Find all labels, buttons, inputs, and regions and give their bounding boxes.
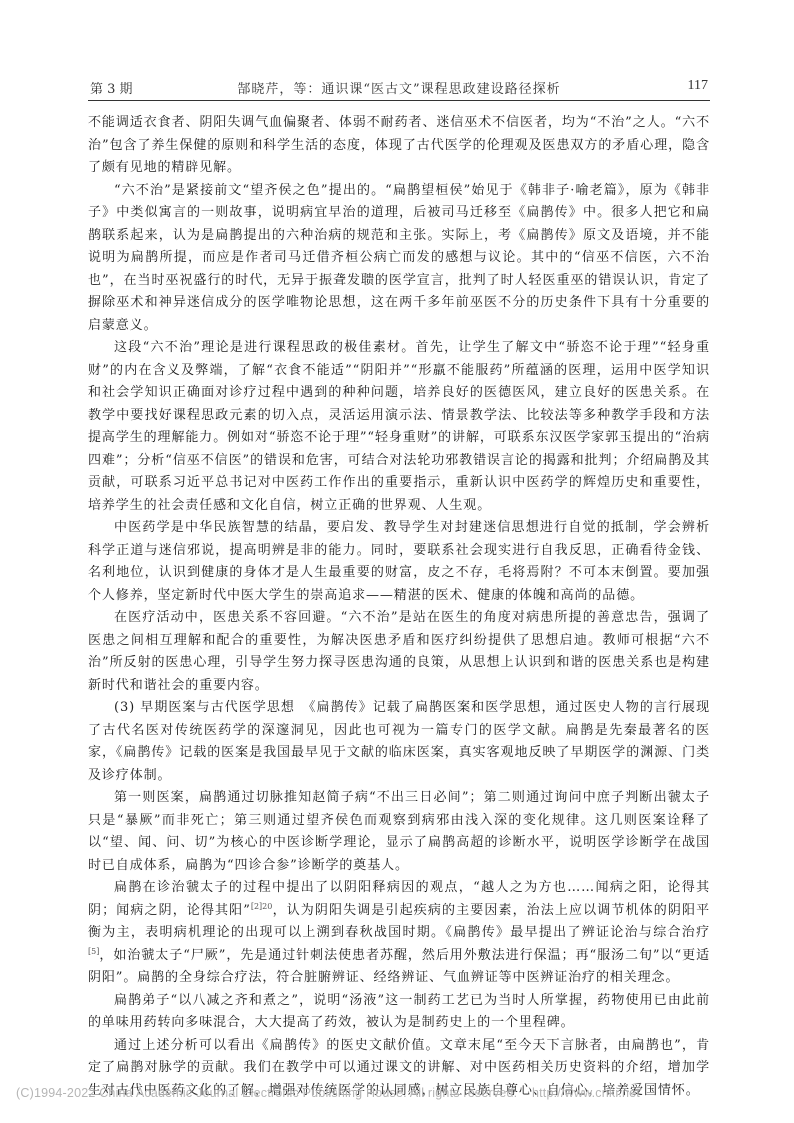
page-header: 第 3 期 郜晓芹，等：通识课“医古文”课程思政建设路径探析 117 (88, 76, 710, 101)
paragraph: 不能调适衣食者、阴阳失调气血偏聚者、体弱不耐药者、迷信巫术不信医者，均为“不治”… (88, 112, 710, 180)
paragraph-with-citations: 扁鹊在诊治虢太子的过程中提出了以阴阳释病因的观点，“越人之为方也……闻病之阳，论… (88, 877, 710, 990)
paragraph: 第一则医案，扁鹊通过切脉推知赵简子病“不出三日必间”；第二则通过询问中庶子判断出… (88, 787, 710, 877)
citation-ref: [5] (88, 947, 99, 956)
citation-ref: [2]20 (251, 902, 273, 911)
article-body: 不能调适衣食者、阴阳失调气血偏聚者、体弱不耐药者、迷信巫术不信医者，均为“不治”… (88, 112, 710, 1102)
section-heading-paragraph: (3) 早期医案与古代医学思想 《扁鹊传》记载了扁鹊医案和医学思想，通过医史人物… (88, 697, 710, 787)
page-number: 117 (688, 78, 708, 94)
paragraph: 扁鹊弟子“以八减之齐和煮之”，说明“汤液”这一制药工艺已为当时人所掌握，药物使用… (88, 990, 710, 1035)
paragraph: 在医疗活动中，医患关系不容回避。“六不治”是站在医生的角度对病患所提的善意忠告，… (88, 607, 710, 697)
paragraph: “六不治”是紧接前文“望齐侯之色”提出的。“扁鹊望桓侯”始见于《韩非子·喻老篇》… (88, 180, 710, 338)
running-title: 郜晓芹，等：通识课“医古文”课程思政建设路径探析 (88, 78, 710, 97)
copyright-footer: (C)1994-2022 China Academic Journal Elec… (16, 1086, 640, 1100)
text: ，如治虢太子“尸厥”，先是通过针刺法使患者苏醒，然后用外敷法进行保温；再“服汤二… (88, 948, 710, 986)
paragraph: 这段“六不治”理论是进行课程思政的极佳素材。首先，让学生了解文中“骄恣不论于理”… (88, 337, 710, 517)
paragraph: 中医药学是中华民族智慧的结晶，要启发、教导学生对封建迷信思想进行自觉的抵制，学会… (88, 517, 710, 607)
